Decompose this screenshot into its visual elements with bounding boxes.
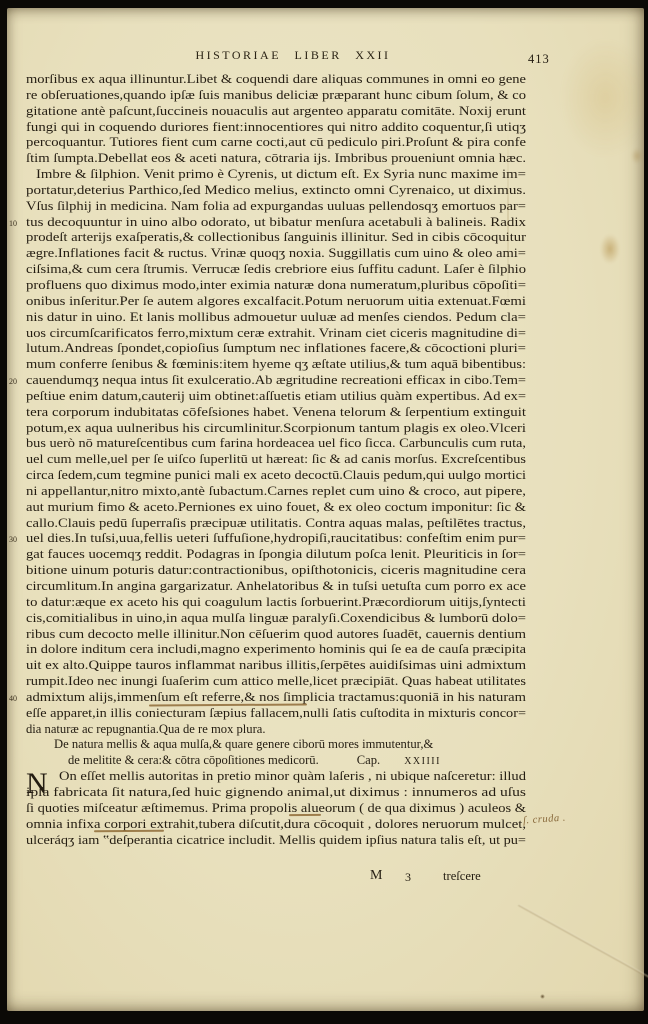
foxing-spot [600, 234, 620, 264]
chapter-number: XXIIII [404, 756, 441, 767]
text-line: peſtiue enim datum,cauterij uim obtinet:… [26, 389, 526, 405]
text-line: Vſus ſilphij in medicina. Nam folia ad e… [26, 199, 526, 215]
text-line: Imbre & ſilphion. Venit primo è Cyrenis,… [26, 167, 526, 183]
ink-speck [540, 994, 545, 999]
text-line: onibus inſeritur.Per ſe autem algores ex… [26, 294, 526, 310]
margin-line-number: 10 [9, 219, 17, 228]
handwriting-line [59, 918, 73, 935]
running-head: HISTORIAE LIBER XXII [26, 48, 526, 66]
text-line: omnia infixa corpori extrahit,tubera diſ… [26, 817, 526, 833]
text-line: admixtum alijs,immenſum eſt referre,& no… [26, 690, 526, 706]
text-line: eſſe apparet,in illis coniecturam ſæpius… [26, 706, 526, 722]
text-line: uel dies.In tuſsi,uua,fellis ueteri ſuff… [26, 531, 526, 547]
text-line: ulceráqʒ iam ‟deſperantia cicatrice incl… [26, 833, 526, 849]
text-line: prodeſt arterijs exaſperatis,& collectio… [26, 230, 526, 246]
chapter-label: Cap. [357, 753, 380, 767]
text-line: ægre.Inflationes facit & ructus. Vrinæ q… [26, 246, 526, 262]
text-line: rumpit.Ideo nec inungi ſuaſerim cum atti… [26, 674, 526, 690]
text-line: morſibus ex aqua illinuntur.Libet & coqu… [26, 72, 526, 88]
catchword: treſcere [443, 869, 481, 884]
page-number: 413 [528, 52, 550, 67]
text-line: percoquantur. Tutiores fient cum carne c… [26, 135, 526, 151]
handwritten-footnote [58, 884, 73, 935]
body-text: morſibus ex aqua illinuntur.Libet & coqu… [26, 72, 526, 737]
margin-line-number: 20 [9, 377, 17, 386]
text-line: re obſeruationes,quando ipſæ ſuis manibu… [26, 88, 526, 104]
chapter-heading-text: de melitite & cera:& cōtra cōpoſitiones … [68, 753, 319, 767]
paper-stain [560, 38, 648, 158]
text-line: ciſsima,& cum cera ſtrumis. Verrucæ ſedi… [26, 262, 526, 278]
running-title: HISTORIAE LIBER XXII [26, 48, 526, 63]
text-line: portatur,deterius Parthico,ſed Medico me… [26, 183, 526, 199]
chapter-text: On eſſet mellis autoritas in pretio mino… [26, 769, 526, 848]
chapter-paragraph: N On eſſet mellis autoritas in pretio mi… [26, 769, 526, 848]
text-line: tera corporum indubitatas cōfeſsiones ha… [26, 405, 526, 421]
text-line: gitatione antè paſcunt,ſuccineis nouacul… [26, 104, 526, 120]
margin-line-number: 40 [9, 694, 17, 703]
text-line: ribus cum decocto melle illinitur.Non cē… [26, 627, 526, 643]
text-line: to datur:æque ex aceto his qui coagulum … [26, 595, 526, 611]
text-line: in dolore inditum cera includi,magno exp… [26, 642, 526, 658]
chapter-heading-line1: De natura mellis & aqua mulſa,& quare ge… [26, 737, 526, 753]
handwriting-line [67, 901, 73, 918]
text-line: uit ex alto.Quippe tauros inflammat nari… [26, 658, 526, 674]
paper-crease [518, 904, 648, 978]
text-line: mum conferre ſenibus & fœminis:item hyem… [26, 357, 526, 373]
text-line: gat fauces uocemqʒ reddit. Podagras in ſ… [26, 547, 526, 563]
text-line: dia naturæ ac repugnantia.Qua de re mox … [26, 722, 526, 738]
text-line: ſtim ſumpta.Debellat eos & aceti natura,… [26, 151, 526, 167]
foxing-spot [631, 148, 643, 164]
book-page-scan: HISTORIAE LIBER XXII 413 morſibus ex aqu… [7, 8, 644, 1011]
text-line: potum,ex aqua uulneribus his circumlinit… [26, 421, 526, 437]
text-line: uel cum melle,uel per ſe uiſco ſuperlitū… [26, 452, 526, 468]
text-line: profluens quo diximus modo,inter eximia … [26, 278, 526, 294]
signature-number: 3 [405, 870, 411, 885]
text-line: callo.Clauis pedū ſuperraſis præcipuæ ut… [26, 516, 526, 532]
text-line: On eſſet mellis autoritas in pretio mino… [26, 769, 526, 785]
text-line: nis datur in uino. Et lanis mollibus adm… [26, 310, 526, 326]
text-line: circa ſedem,cum tegmine punici mali ex a… [26, 468, 526, 484]
text-line: aut murium fimo & aceto.Perniones ex uin… [26, 500, 526, 516]
text-line: ſi quoties miſceatur æſtimemus. Prima pr… [26, 801, 526, 817]
text-line: ipſa fabricata ſit natura,ſed huic gigne… [26, 785, 526, 801]
signature-letter: M [370, 868, 382, 884]
chapter-heading-line2: de melitite & cera:& cōtra cōpoſitiones … [26, 753, 526, 769]
text-line: fungi qui in coquendo duriores fient:inn… [26, 120, 526, 136]
text-line: bitione uinum poturis datur:contractioni… [26, 563, 526, 579]
margin-line-number: 30 [9, 535, 17, 544]
handwritten-margin-note: ſ. cruda . [523, 813, 567, 827]
text-line: tus decoquuntur in uino albo odorato, ut… [26, 215, 526, 231]
text-line: cis,comitialibus in uino,in aqua mulſa l… [26, 611, 526, 627]
text-line: bus uerò nō matureſcentibus cum farina h… [26, 436, 526, 452]
text-line: uos circumſcarificatos ferro,mixtum ceræ… [26, 326, 526, 342]
text-line: cauendumqʒ nequa intus ſit exulceratio.A… [26, 373, 526, 389]
text-line: circumlitum.In angina gargarizatur. Anhe… [26, 579, 526, 595]
text-line: ni appellantur,nitro mixto,antè ſubactum… [26, 484, 526, 500]
text-line: lutum.Andreas ſpondet,copioſius ſumptum … [26, 341, 526, 357]
text-block: morſibus ex aqua illinuntur.Libet & coqu… [26, 72, 526, 848]
